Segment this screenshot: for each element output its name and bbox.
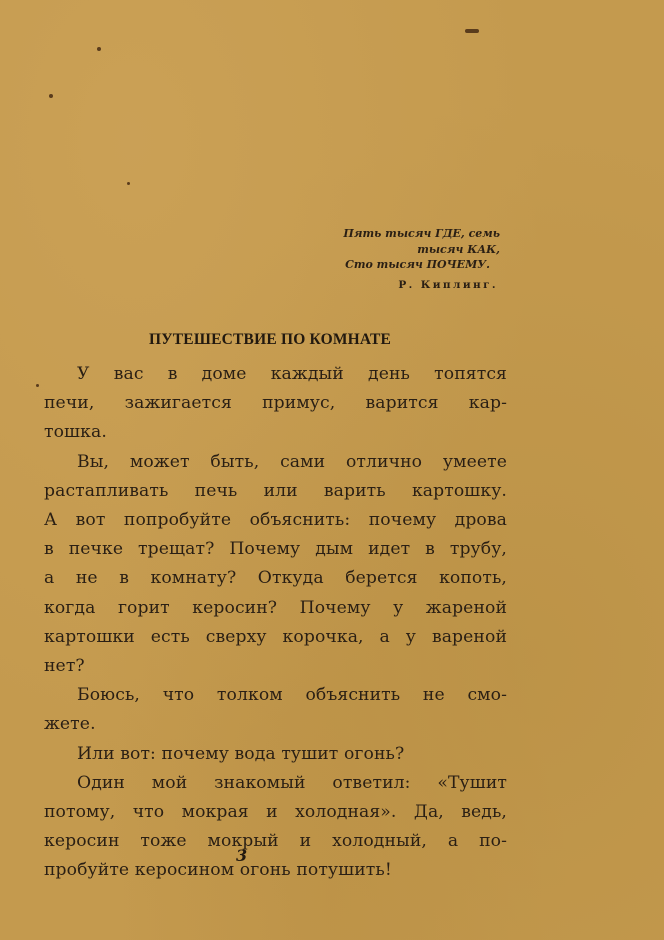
text-line: А вот попробуйте объяснить: почему дрова [44,506,507,535]
text-line: а не в комнату? Откуда берется копоть, [44,564,507,593]
text-line: керосин тоже мокрый и холодный, а по- [44,827,507,856]
epigraph: Пять тысяч ГДЕ, семь тысяч КАК, Сто тыся… [320,226,500,293]
paragraph: Боюсь, что толком объяснить не смо- жете… [44,681,507,739]
text-line: растапливать печь или варить картошку. [44,477,507,506]
text-line: Один мой знакомый ответил: «Тушит [44,769,507,798]
paper-speck [97,47,101,51]
text-line: в печке трещат? Почему дым идет в трубу, [44,535,507,564]
text-line: Вы, может быть, сами отлично умеете [44,448,507,477]
epigraph-line: тысяч КАК, [320,242,500,258]
text-line: У вас в доме каждый день топятся [44,360,507,389]
paragraph: У вас в доме каждый день топятся печи, з… [44,360,507,448]
text-line: пробуйте керосином огонь потушить! [44,856,507,885]
text-line: тошка. [44,418,507,447]
text-line: Боюсь, что толком объяснить не смо- [44,681,507,710]
book-page: Пять тысяч ГДЕ, семь тысяч КАК, Сто тыся… [0,0,664,940]
paper-speck [36,384,39,387]
text-line: когда горит керосин? Почему у жареной [44,594,507,623]
page-number: 3 [236,846,247,865]
chapter-title: ПУТЕШЕСТВИЕ ПО КОМНАТЕ [0,331,540,349]
text-line: печи, зажигается примус, варится кар- [44,389,507,418]
text-line: картошки есть сверху корочка, а у варено… [44,623,507,652]
paragraph: Или вот: почему вода тушит огонь? [44,740,507,769]
epigraph-line: Пять тысяч ГДЕ, семь [320,226,500,242]
text-line: нет? [44,652,507,681]
text-line: Или вот: почему вода тушит огонь? [44,740,507,769]
epigraph-line: Сто тысяч ПОЧЕМУ. [320,257,500,273]
paragraph: Один мой знакомый ответил: «Тушит потому… [44,769,507,886]
text-line: жете. [44,710,507,739]
body-text: У вас в доме каждый день топятся печи, з… [44,360,507,886]
epigraph-author: Р. Киплинг. [320,278,500,294]
paragraph: Вы, может быть, сами отлично умеете раст… [44,448,507,682]
paper-speck [465,29,479,33]
paper-speck [49,94,53,98]
paper-speck [127,182,130,185]
text-line: потому, что мокрая и холодная». Да, ведь… [44,798,507,827]
